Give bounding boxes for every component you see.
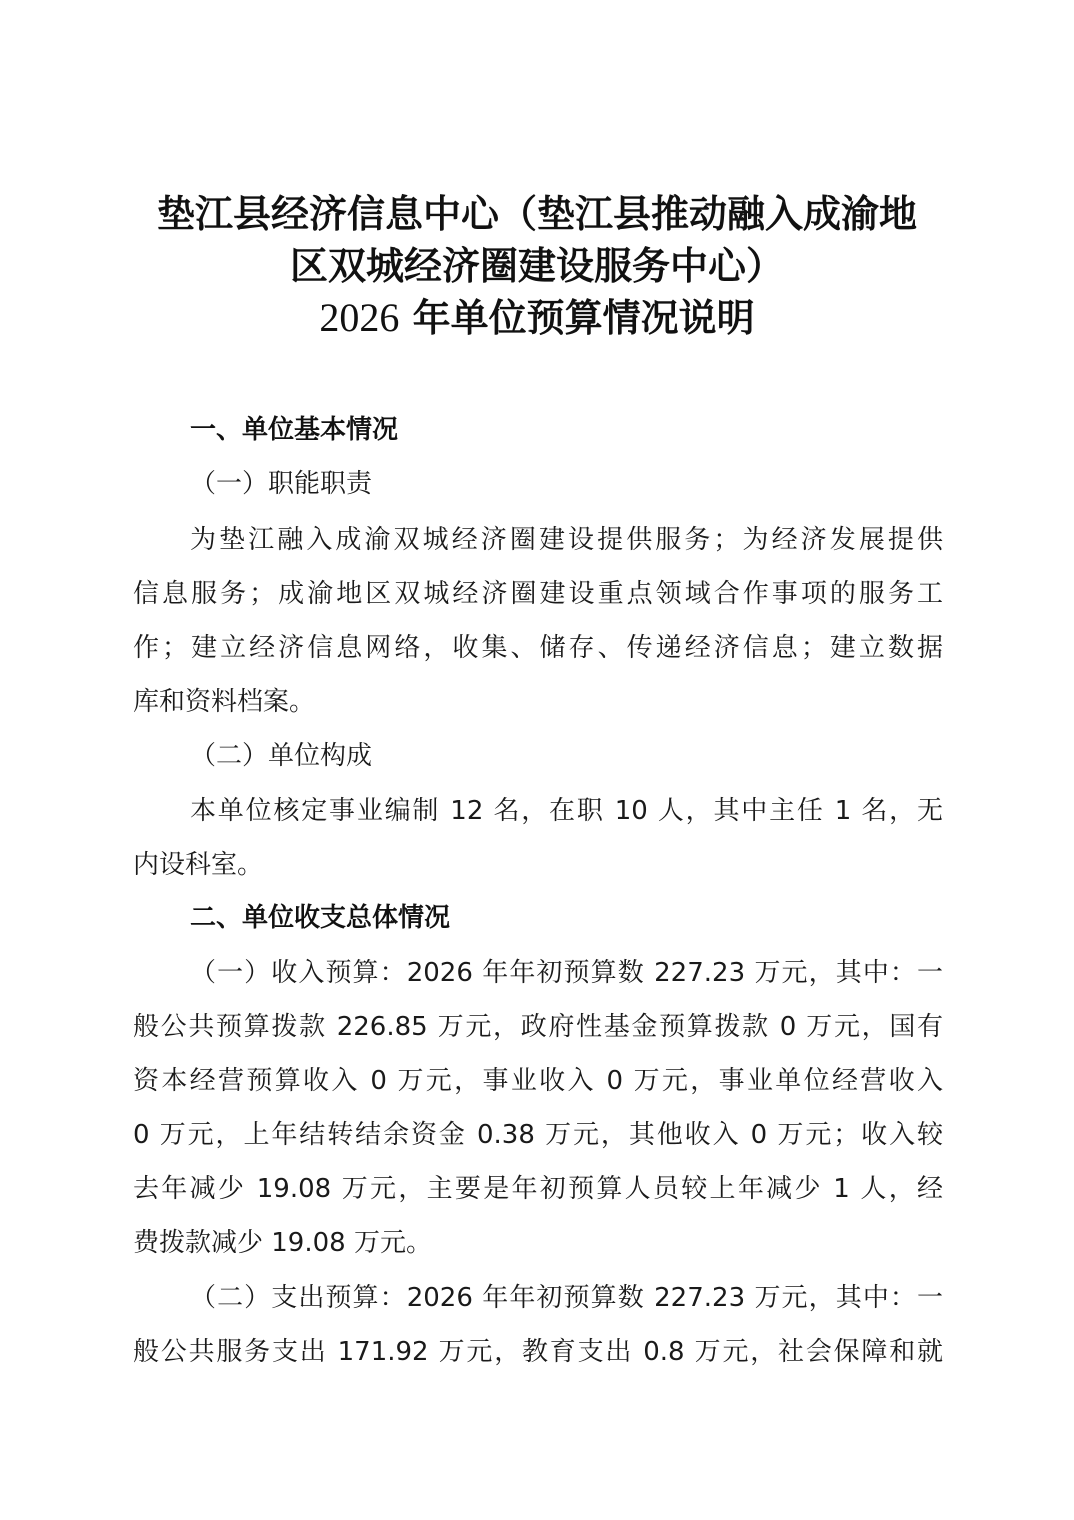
paragraph-line: 内设科室。 <box>133 847 943 883</box>
title-line-2: 区双城经济圈建设服务中心） <box>0 238 1074 294</box>
paragraph-line: 资本经营预算收入 0 万元，事业收入 0 万元，事业单位经营收入 <box>133 1063 943 1099</box>
paragraph-line: 般公共预算拨款 226.85 万元，政府性基金预算拨款 0 万元，国有 <box>133 1009 943 1045</box>
paragraph-line: 信息服务；成渝地区双城经济圈建设重点领域合作事项的服务工 <box>133 576 943 612</box>
section-heading-income-expense: 二、单位收支总体情况 <box>190 900 1000 936</box>
subsection-heading-functions: （一）职能职责 <box>190 466 1000 502</box>
paragraph-line: 库和资料档案。 <box>133 684 943 720</box>
paragraph-line-expense-budget: （二）支出预算：2026 年年初预算数 227.23 万元，其中：一 <box>190 1280 943 1316</box>
document-page: 垫江县经济信息中心（垫江县推动融入成渝地 区双城经济圈建设服务中心） 2026 … <box>0 0 1074 1520</box>
title-line-1: 垫江县经济信息中心（垫江县推动融入成渝地 <box>0 186 1074 242</box>
section-heading-basic-info: 一、单位基本情况 <box>190 412 1000 448</box>
paragraph-line: 本单位核定事业编制 12 名，在职 10 人，其中主任 1 名，无 <box>190 793 943 829</box>
paragraph-line: 费拨款减少 19.08 万元。 <box>133 1225 943 1261</box>
paragraph-line: 去年减少 19.08 万元，主要是年初预算人员较上年减少 1 人，经 <box>133 1171 943 1207</box>
paragraph-line: 作；建立经济信息网络，收集、储存、传递经济信息；建立数据 <box>133 630 943 666</box>
paragraph-line-income-budget: （一）收入预算：2026 年年初预算数 227.23 万元，其中：一 <box>190 955 943 991</box>
subsection-heading-composition: （二）单位构成 <box>190 738 1000 774</box>
title-year: 2026 <box>319 295 399 340</box>
title-line-3-text: 年单位预算情况说明 <box>399 296 754 340</box>
title-line-3: 2026 年单位预算情况说明 <box>0 290 1074 346</box>
paragraph-line: 为垫江融入成渝双城经济圈建设提供服务；为经济发展提供 <box>190 522 943 558</box>
paragraph-line: 0 万元，上年结转结余资金 0.38 万元，其他收入 0 万元；收入较 <box>133 1117 943 1153</box>
paragraph-line: 般公共服务支出 171.92 万元，教育支出 0.8 万元，社会保障和就 <box>133 1334 943 1370</box>
